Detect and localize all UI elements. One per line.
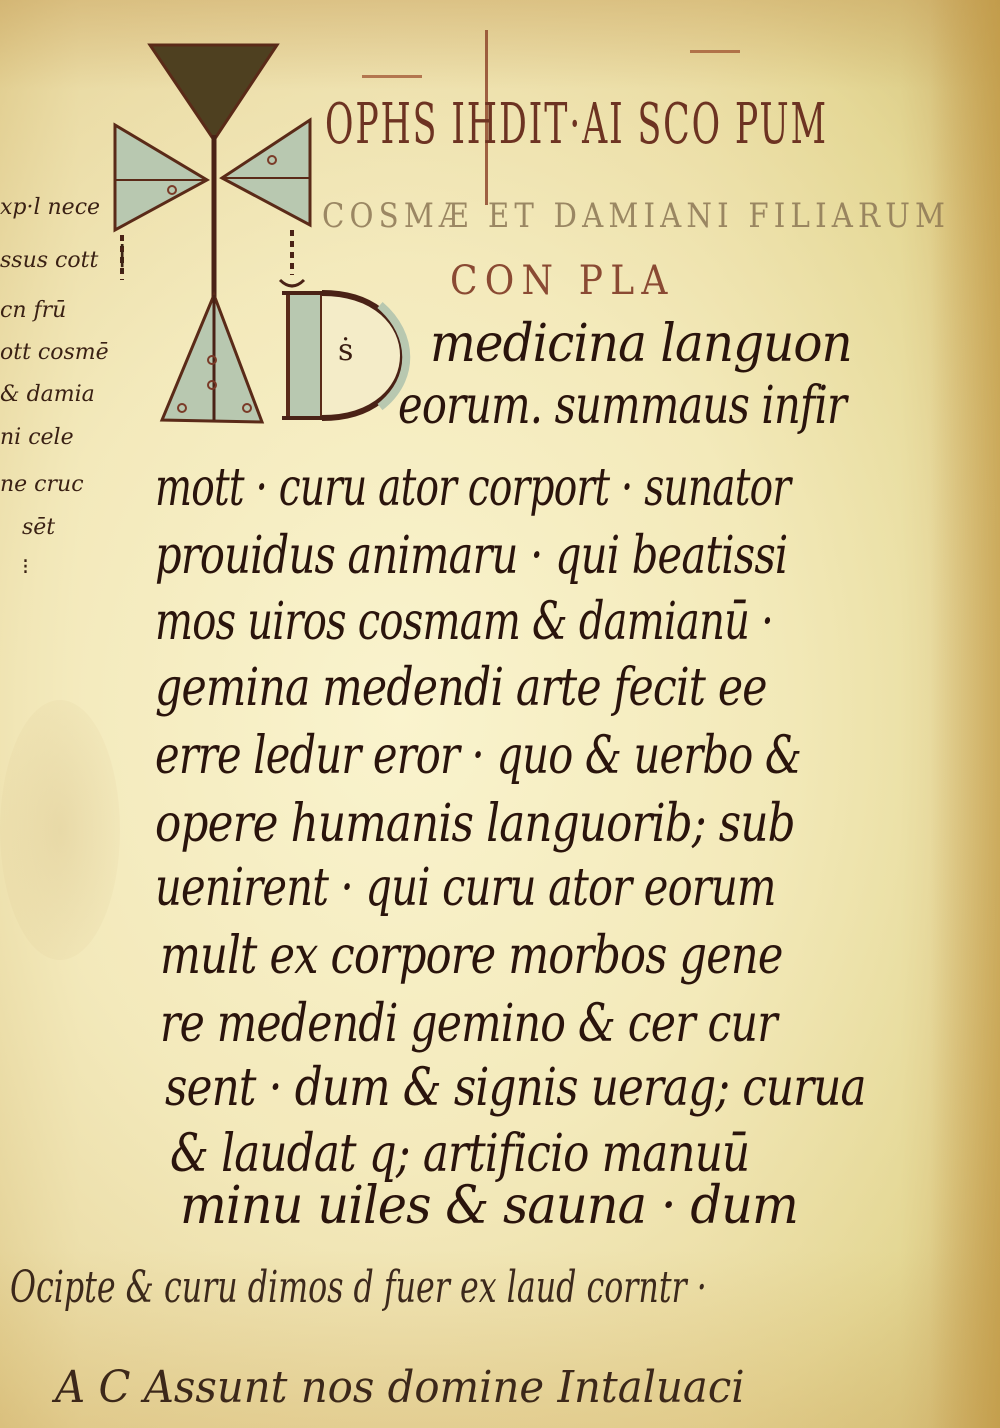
text-line: re medendi gemino & cer cur: [160, 998, 777, 1050]
text-line: prouidus animaru · qui beatissi: [155, 530, 787, 582]
parchment-stain: [0, 700, 120, 960]
svg-text:ṡ: ṡ: [338, 333, 353, 368]
gloss-line: A C Assunt nos domine Intaluaci: [55, 1362, 745, 1413]
text-line: erre ledur eror · quo & uerbo &: [155, 730, 801, 782]
text-line: mult ex corpore morbos gene: [160, 930, 783, 982]
text-line: opere humanis languorib; sub: [155, 798, 795, 850]
margin-note: ni cele: [0, 425, 74, 450]
margin-note: ott cosmē: [0, 340, 109, 365]
text-line: gemina medendi arte fecit ee: [155, 662, 767, 714]
text-line: & laudat q; artificio manuū: [170, 1128, 749, 1180]
gloss-line: Ocipte & curu dimos d fuer ex laud cornt…: [10, 1262, 707, 1313]
margin-note: ssus cott: [0, 248, 98, 273]
manuscript-page: OPHS IHDIT·AI SCO PUM COSMÆ ET DAMIANI F…: [0, 0, 1000, 1428]
margin-note: cn frū: [0, 298, 66, 323]
margin-i-mark: ị: [118, 240, 126, 275]
margin-note: & damia: [0, 382, 95, 407]
margin-note: xp·l nece: [0, 195, 100, 220]
text-line: medicina languon: [430, 318, 852, 370]
abbreviation-macron: [690, 50, 740, 53]
heading-line-1: OPHS IHDIT·AI SCO PUM: [325, 92, 828, 157]
text-line: uenirent · qui curu ator eorum: [155, 862, 776, 914]
text-line: mott · curu ator corport · sunator: [155, 462, 790, 514]
heading-line-3: CON PLA: [450, 258, 675, 304]
text-line: sent · dum & signis uerag; curua: [165, 1062, 866, 1114]
heading-line-2: COSMÆ ET DAMIANI FILIARUM: [322, 196, 950, 236]
margin-dots: ⁝: [22, 555, 29, 580]
margin-note: ne cruc: [0, 472, 84, 497]
text-line: eorum. summaus infir: [398, 380, 846, 432]
abbreviation-macron: [362, 75, 422, 78]
margin-note: sēt: [22, 515, 55, 540]
text-line: mos uiros cosmam & damianū ·: [155, 596, 773, 648]
text-line: minu uiles & sauna · dum: [180, 1180, 798, 1232]
